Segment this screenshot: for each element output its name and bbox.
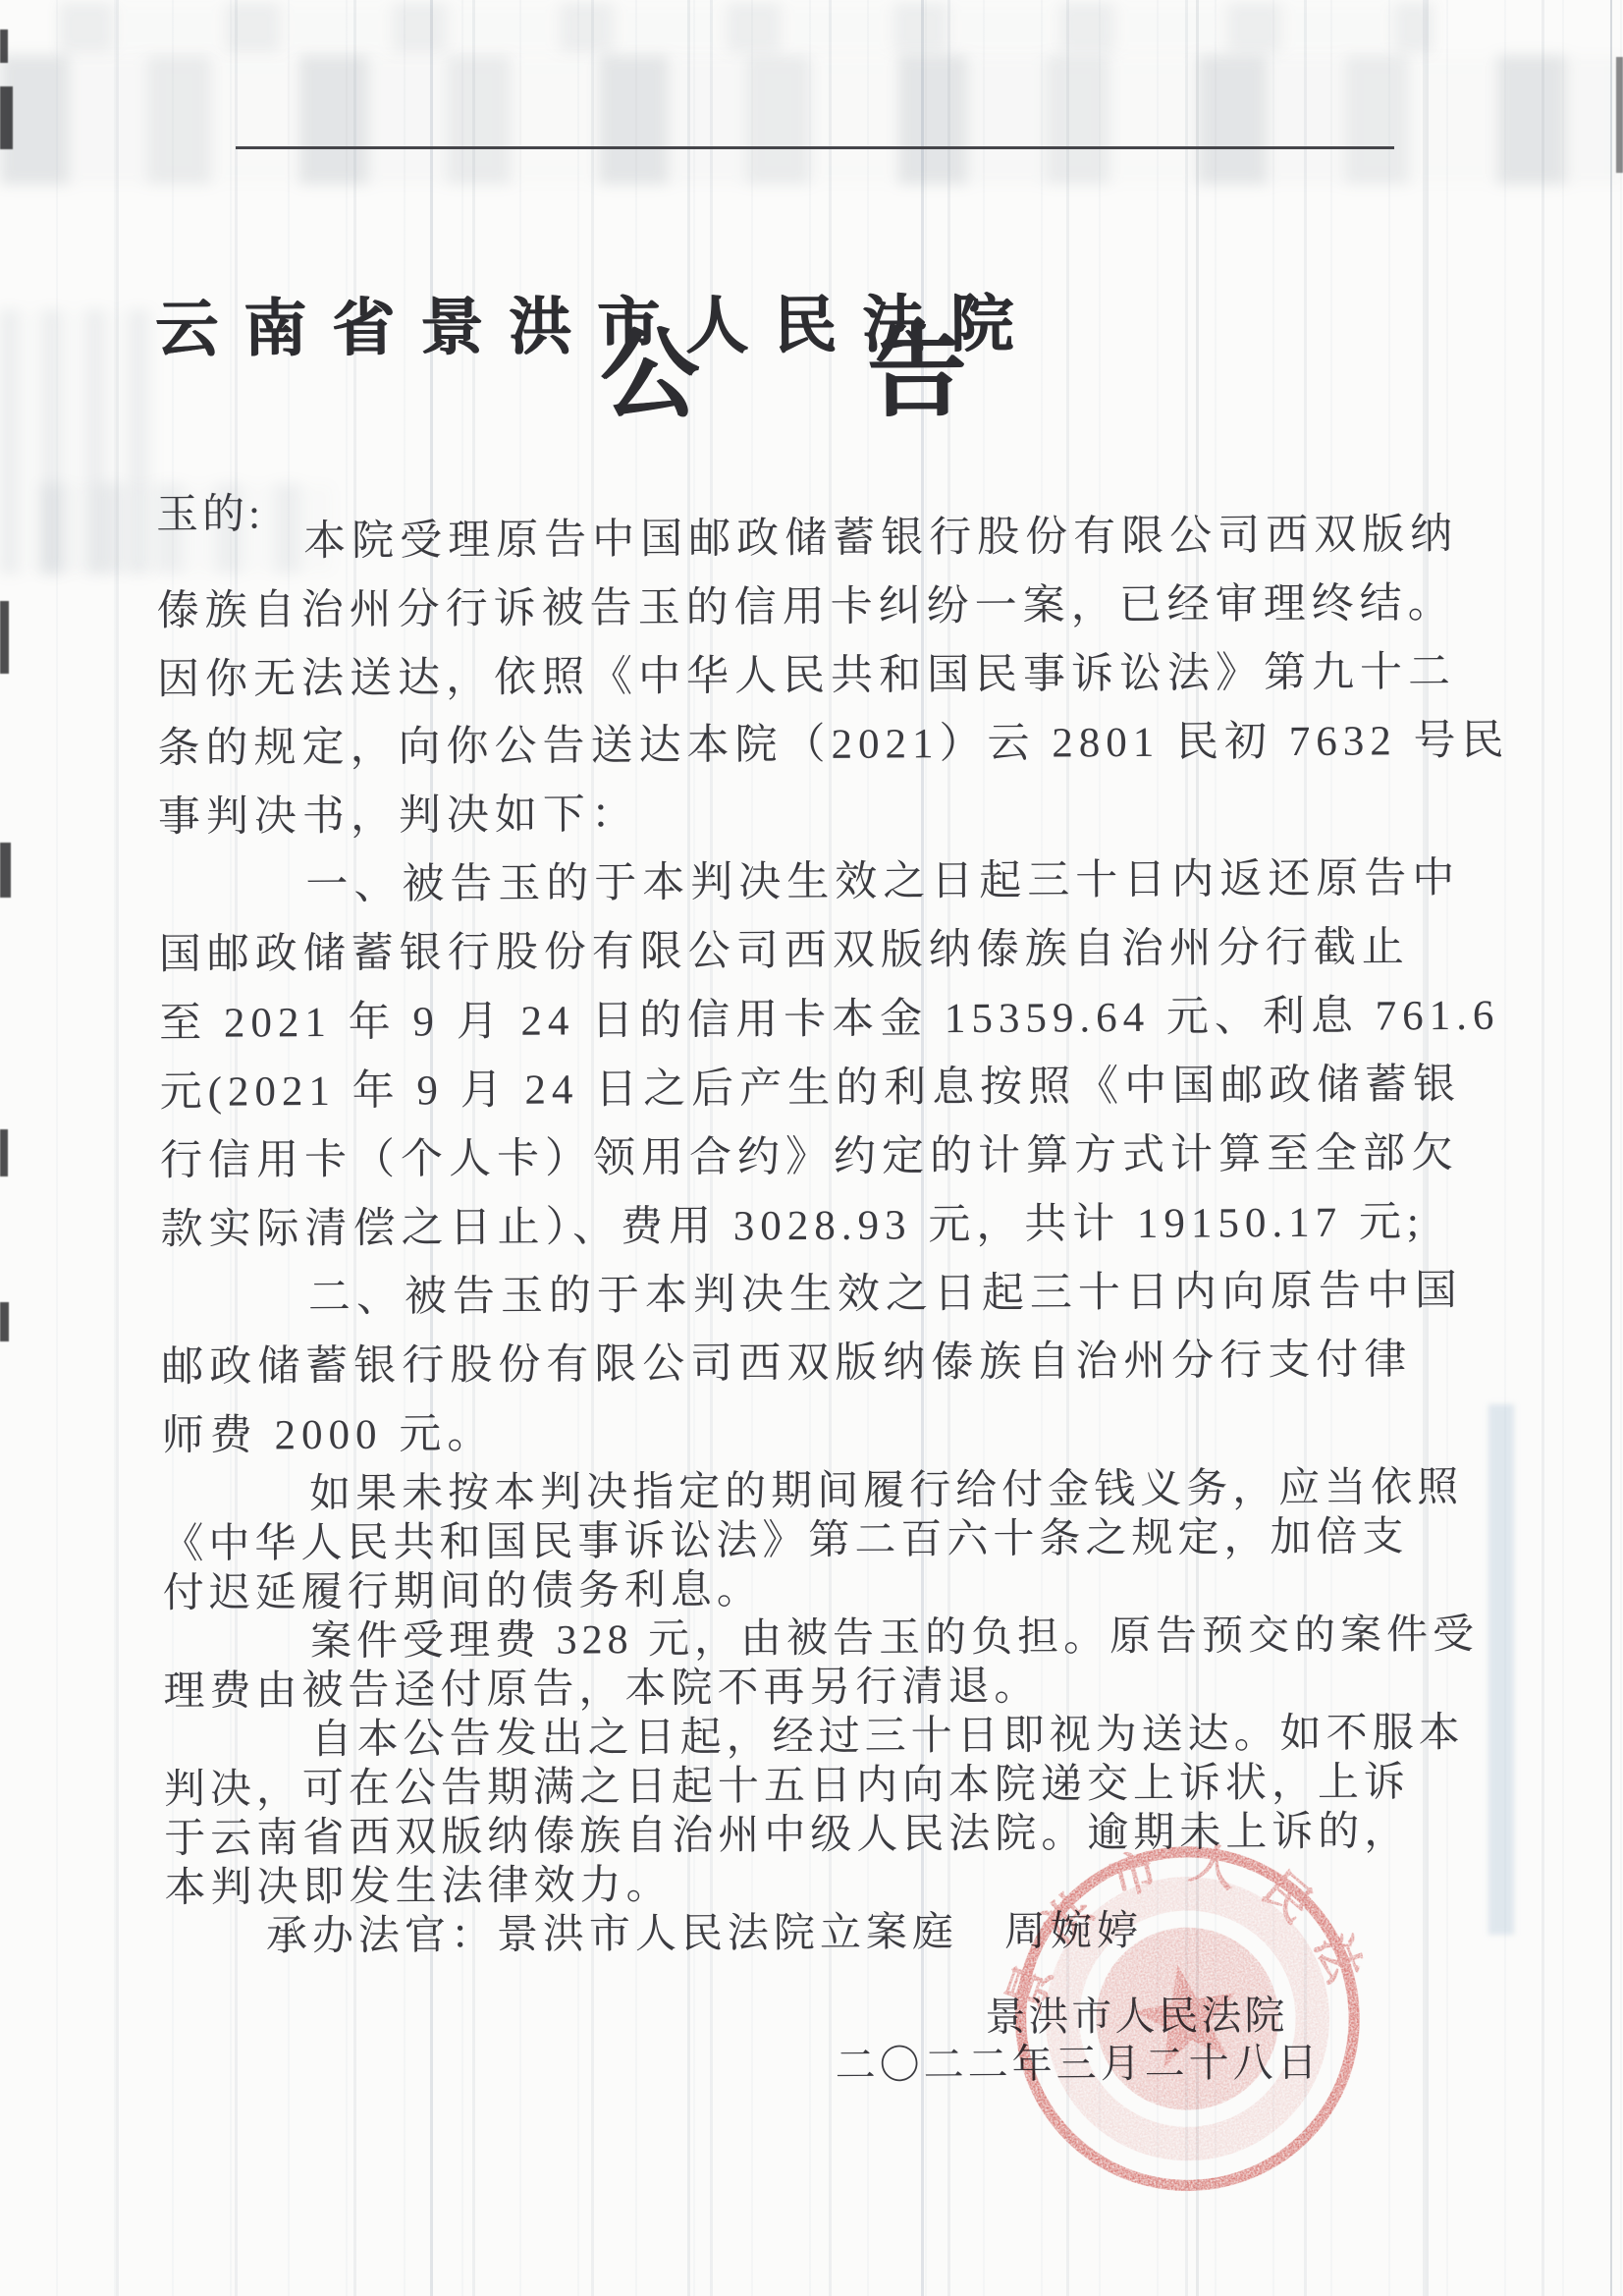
text-line: 至 2021 年 9 月 24 日的信用卡本金 15359.64 元、利息 76… — [159, 982, 1480, 1059]
notice-title: 公 告 — [600, 325, 1001, 425]
text-line: 自本公告发出之日起，经过三十日即视为送达。如不服本 — [164, 1709, 1485, 1766]
text-line: 一、被告玉的于本判决生效之日起三十日内返还原告中 — [158, 845, 1479, 921]
text-line: 付迟延履行期间的债务利息。 — [163, 1561, 1484, 1618]
text-line: 元(2021 年 9 月 24 日之后产生的利息按照《中国邮政储蓄银 — [159, 1051, 1480, 1127]
text-line: 本院受理原告中国邮政储蓄银行股份有限公司西双版纳 — [156, 501, 1477, 577]
text-line: 款实际清偿之日止）、费用 3028.93 元，共计 19150.17 元; — [160, 1188, 1481, 1265]
court-seal: 景洪市人民法院 — [968, 1799, 1407, 2238]
text-line: 案件受理费 328 元，由被告玉的负担。原告预交的案件受 — [163, 1611, 1484, 1667]
text-line: 二、被告玉的于本判决生效之日起三十日内向原告中国 — [161, 1257, 1482, 1334]
body-text: 本院受理原告中国邮政储蓄银行股份有限公司西双版纳傣族自治州分行诉被告玉的信用卡纠… — [156, 501, 1486, 1962]
text-line: 师费 2000 元。 — [162, 1394, 1483, 1471]
text-line: 《中华人民共和国民事诉讼法》第二百六十条之规定，加倍支 — [162, 1512, 1483, 1569]
text-line: 理费由被告迳付原告，本院不再另行清退。 — [163, 1660, 1484, 1717]
scan-edge-mark — [1616, 57, 1623, 173]
text-line: 因你无法送达，依照《中华人民共和国民事诉讼法》第九十二 — [157, 638, 1478, 715]
text-line: 国邮政储蓄银行股份有限公司西双版纳傣族自治州分行截止 — [159, 913, 1480, 990]
text-line: 判决，可在公告期满之日起十五日内向本院递交上诉状，上诉 — [164, 1758, 1485, 1815]
text-line: 事判决书，判决如下： — [158, 776, 1479, 852]
scanned-page: 云南省景洪市人民法院 公 告 玉的: 本院受理原告中国邮政储蓄银行股份有限公司西… — [0, 0, 1623, 2296]
document-content: 云南省景洪市人民法院 公 告 玉的: 本院受理原告中国邮政储蓄银行股份有限公司西… — [0, 0, 1623, 2296]
text-line: 如果未按本判决指定的期间履行给付金钱义务，应当依照 — [162, 1463, 1483, 1520]
text-line: 行信用卡（个人卡）领用合约》约定的计算方式计算至全部欠 — [160, 1120, 1481, 1196]
text-line: 傣族自治州分行诉被告玉的信用卡纠纷一案，已经审理终结。 — [156, 570, 1477, 646]
text-line: 邮政储蓄银行股份有限公司西双版纳傣族自治州分行支付律 — [161, 1326, 1482, 1402]
text-line: 条的规定，向你公告送达本院（2021）云 2801 民初 7632 号民 — [157, 707, 1478, 784]
